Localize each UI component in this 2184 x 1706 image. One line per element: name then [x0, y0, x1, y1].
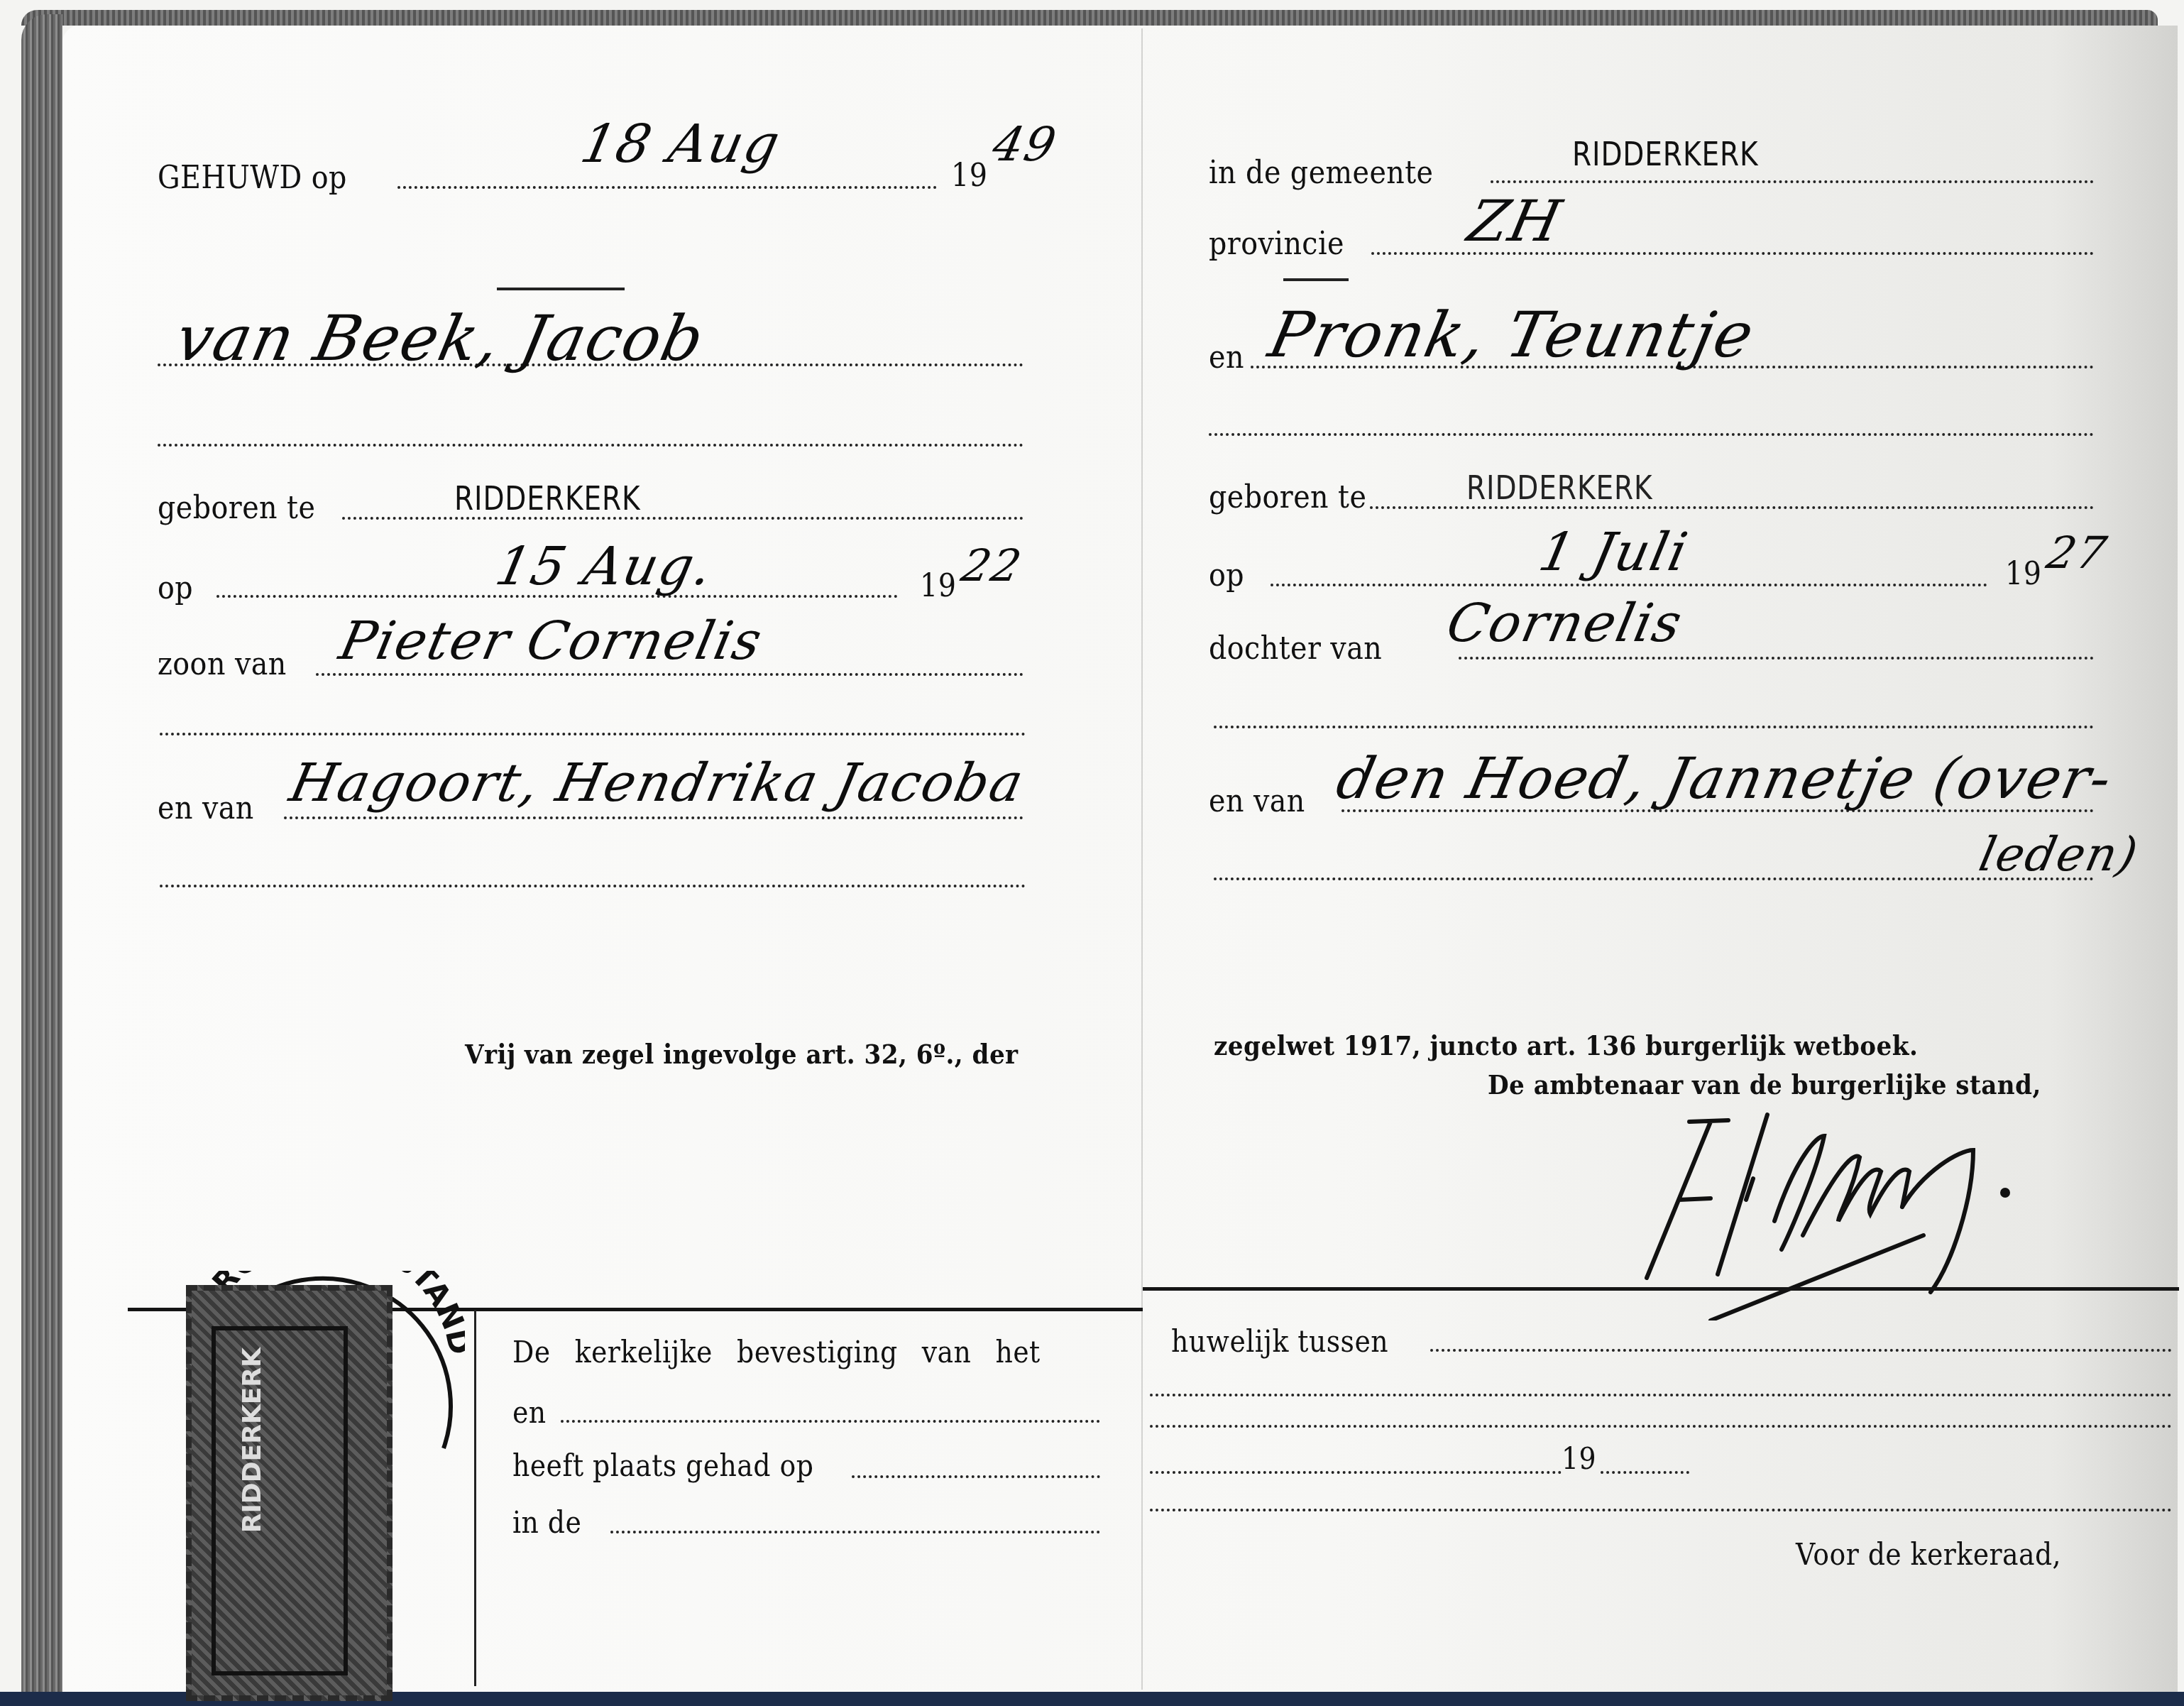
- groom-birth-on-label: op: [158, 570, 193, 606]
- son-of-label: zoon van: [158, 646, 287, 682]
- revenue-stamp-frame: [212, 1326, 348, 1675]
- married-date-line: [397, 186, 937, 189]
- bride-name-line-2: [1209, 433, 2094, 436]
- groom-mother-and-of-label: en van: [158, 790, 254, 826]
- church-intro-left: De kerkelijke bevestiging van het: [512, 1335, 1041, 1369]
- bride-birth-year-printed: 19: [2005, 556, 2041, 592]
- bride-birth-date-line: [1271, 584, 1987, 586]
- groom-father-line-2: [160, 733, 1026, 736]
- groom-birthplace-line: [342, 517, 1024, 520]
- bride-mother-line-2: [1214, 877, 2094, 880]
- bride-birthplace-stamp: RIDDERKERK: [1466, 469, 1652, 507]
- page-gutter: [1141, 28, 1143, 1690]
- stamp-duty-text-right: zegelwet 1917, juncto art. 136 burgerlij…: [1214, 1029, 1918, 1061]
- married-date-handwritten: 18 Aug: [576, 114, 786, 175]
- groom-father-line: [316, 673, 1024, 676]
- church-year-line: [1601, 1471, 1689, 1474]
- council-label: Voor de kerkeraad,: [1796, 1537, 2061, 1572]
- church-intro-right: huwelijk tussen: [1171, 1324, 1388, 1359]
- bride-born-at-label: geboren te: [1209, 479, 1366, 515]
- church-and-line: [561, 1420, 1100, 1423]
- married-label: GEHUWD op: [158, 160, 347, 196]
- revenue-stamp-text: RIDDERKERK: [238, 1347, 267, 1533]
- official-signature: F. T. Vaning: [1604, 1093, 2115, 1320]
- church-and-label: en: [512, 1395, 547, 1430]
- groom-father-handwritten: Pieter Cornelis: [334, 611, 768, 672]
- groom-name-line-2: [158, 444, 1024, 447]
- in-the-label: in de: [512, 1505, 581, 1540]
- church-date-line: [1150, 1471, 1562, 1474]
- groom-mother-handwritten: Hagoort, Hendrika Jacoba: [285, 753, 1030, 814]
- municipality-stamp: RIDDERKERK: [1572, 135, 1758, 173]
- groom-name-handwritten: van Beek, Jacob: [170, 302, 711, 375]
- married-year-handwritten: 49: [988, 117, 1062, 172]
- bride-birth-year-handwritten: 27: [2042, 527, 2112, 579]
- church-section-border: [474, 1310, 476, 1686]
- separator-rule-left: [497, 288, 625, 290]
- groom-born-at-label: geboren te: [158, 490, 315, 526]
- cover-edge-top: [21, 10, 2158, 26]
- revenue-stamp: RIDDERKERK: [186, 1285, 393, 1701]
- groom-birthplace-stamp: RIDDERKERK: [454, 479, 640, 518]
- groom-mother-line: [284, 816, 1024, 819]
- stamp-duty-text-left: Vrij van zegel ingevolge art. 32, 6º., d…: [465, 1038, 1019, 1070]
- section-divider-right: [1143, 1287, 2179, 1291]
- took-place-line: [852, 1475, 1100, 1478]
- groom-birth-year-handwritten: 22: [957, 540, 1026, 591]
- separator-rule-right: [1283, 278, 1349, 281]
- bride-mother-continuation-handwritten: leden): [1975, 827, 2144, 882]
- province-handwritten: ZH: [1462, 188, 1568, 254]
- marriage-between-line-2: [1150, 1394, 2172, 1396]
- cover-edge-left: [21, 14, 62, 1704]
- married-year-printed: 19: [951, 158, 987, 194]
- groom-mother-line-2: [160, 885, 1026, 887]
- bride-father-line: [1459, 657, 2094, 660]
- bride-and-label: en: [1209, 339, 1244, 376]
- bride-father-line-2: [1214, 726, 2094, 728]
- municipality-line: [1491, 180, 2094, 183]
- daughter-of-label: dochter van: [1209, 630, 1382, 667]
- church-place-line: [1150, 1509, 2172, 1511]
- took-place-label: heeft plaats gehad op: [512, 1448, 813, 1483]
- bride-birth-on-label: op: [1209, 557, 1244, 594]
- bride-birth-date-handwritten: 1 Juli: [1534, 522, 1694, 583]
- groom-birth-year-printed: 19: [920, 568, 956, 604]
- marriage-between-line: [1430, 1349, 2172, 1352]
- marriage-between-line-3: [1150, 1425, 2172, 1428]
- bride-mother-handwritten: den Hoed, Jannetje (over-: [1331, 745, 2119, 811]
- province-label: provincie: [1209, 226, 1344, 262]
- municipality-label: in de gemeente: [1209, 155, 1433, 191]
- bride-father-handwritten: Cornelis: [1442, 593, 1689, 654]
- church-year-prefix: 19: [1562, 1441, 1596, 1476]
- bride-mother-and-of-label: en van: [1209, 783, 1305, 819]
- groom-birth-date-handwritten: 15 Aug.: [490, 536, 719, 597]
- in-the-line: [610, 1531, 1100, 1533]
- bride-name-handwritten: Pronk, Teuntje: [1263, 298, 1761, 371]
